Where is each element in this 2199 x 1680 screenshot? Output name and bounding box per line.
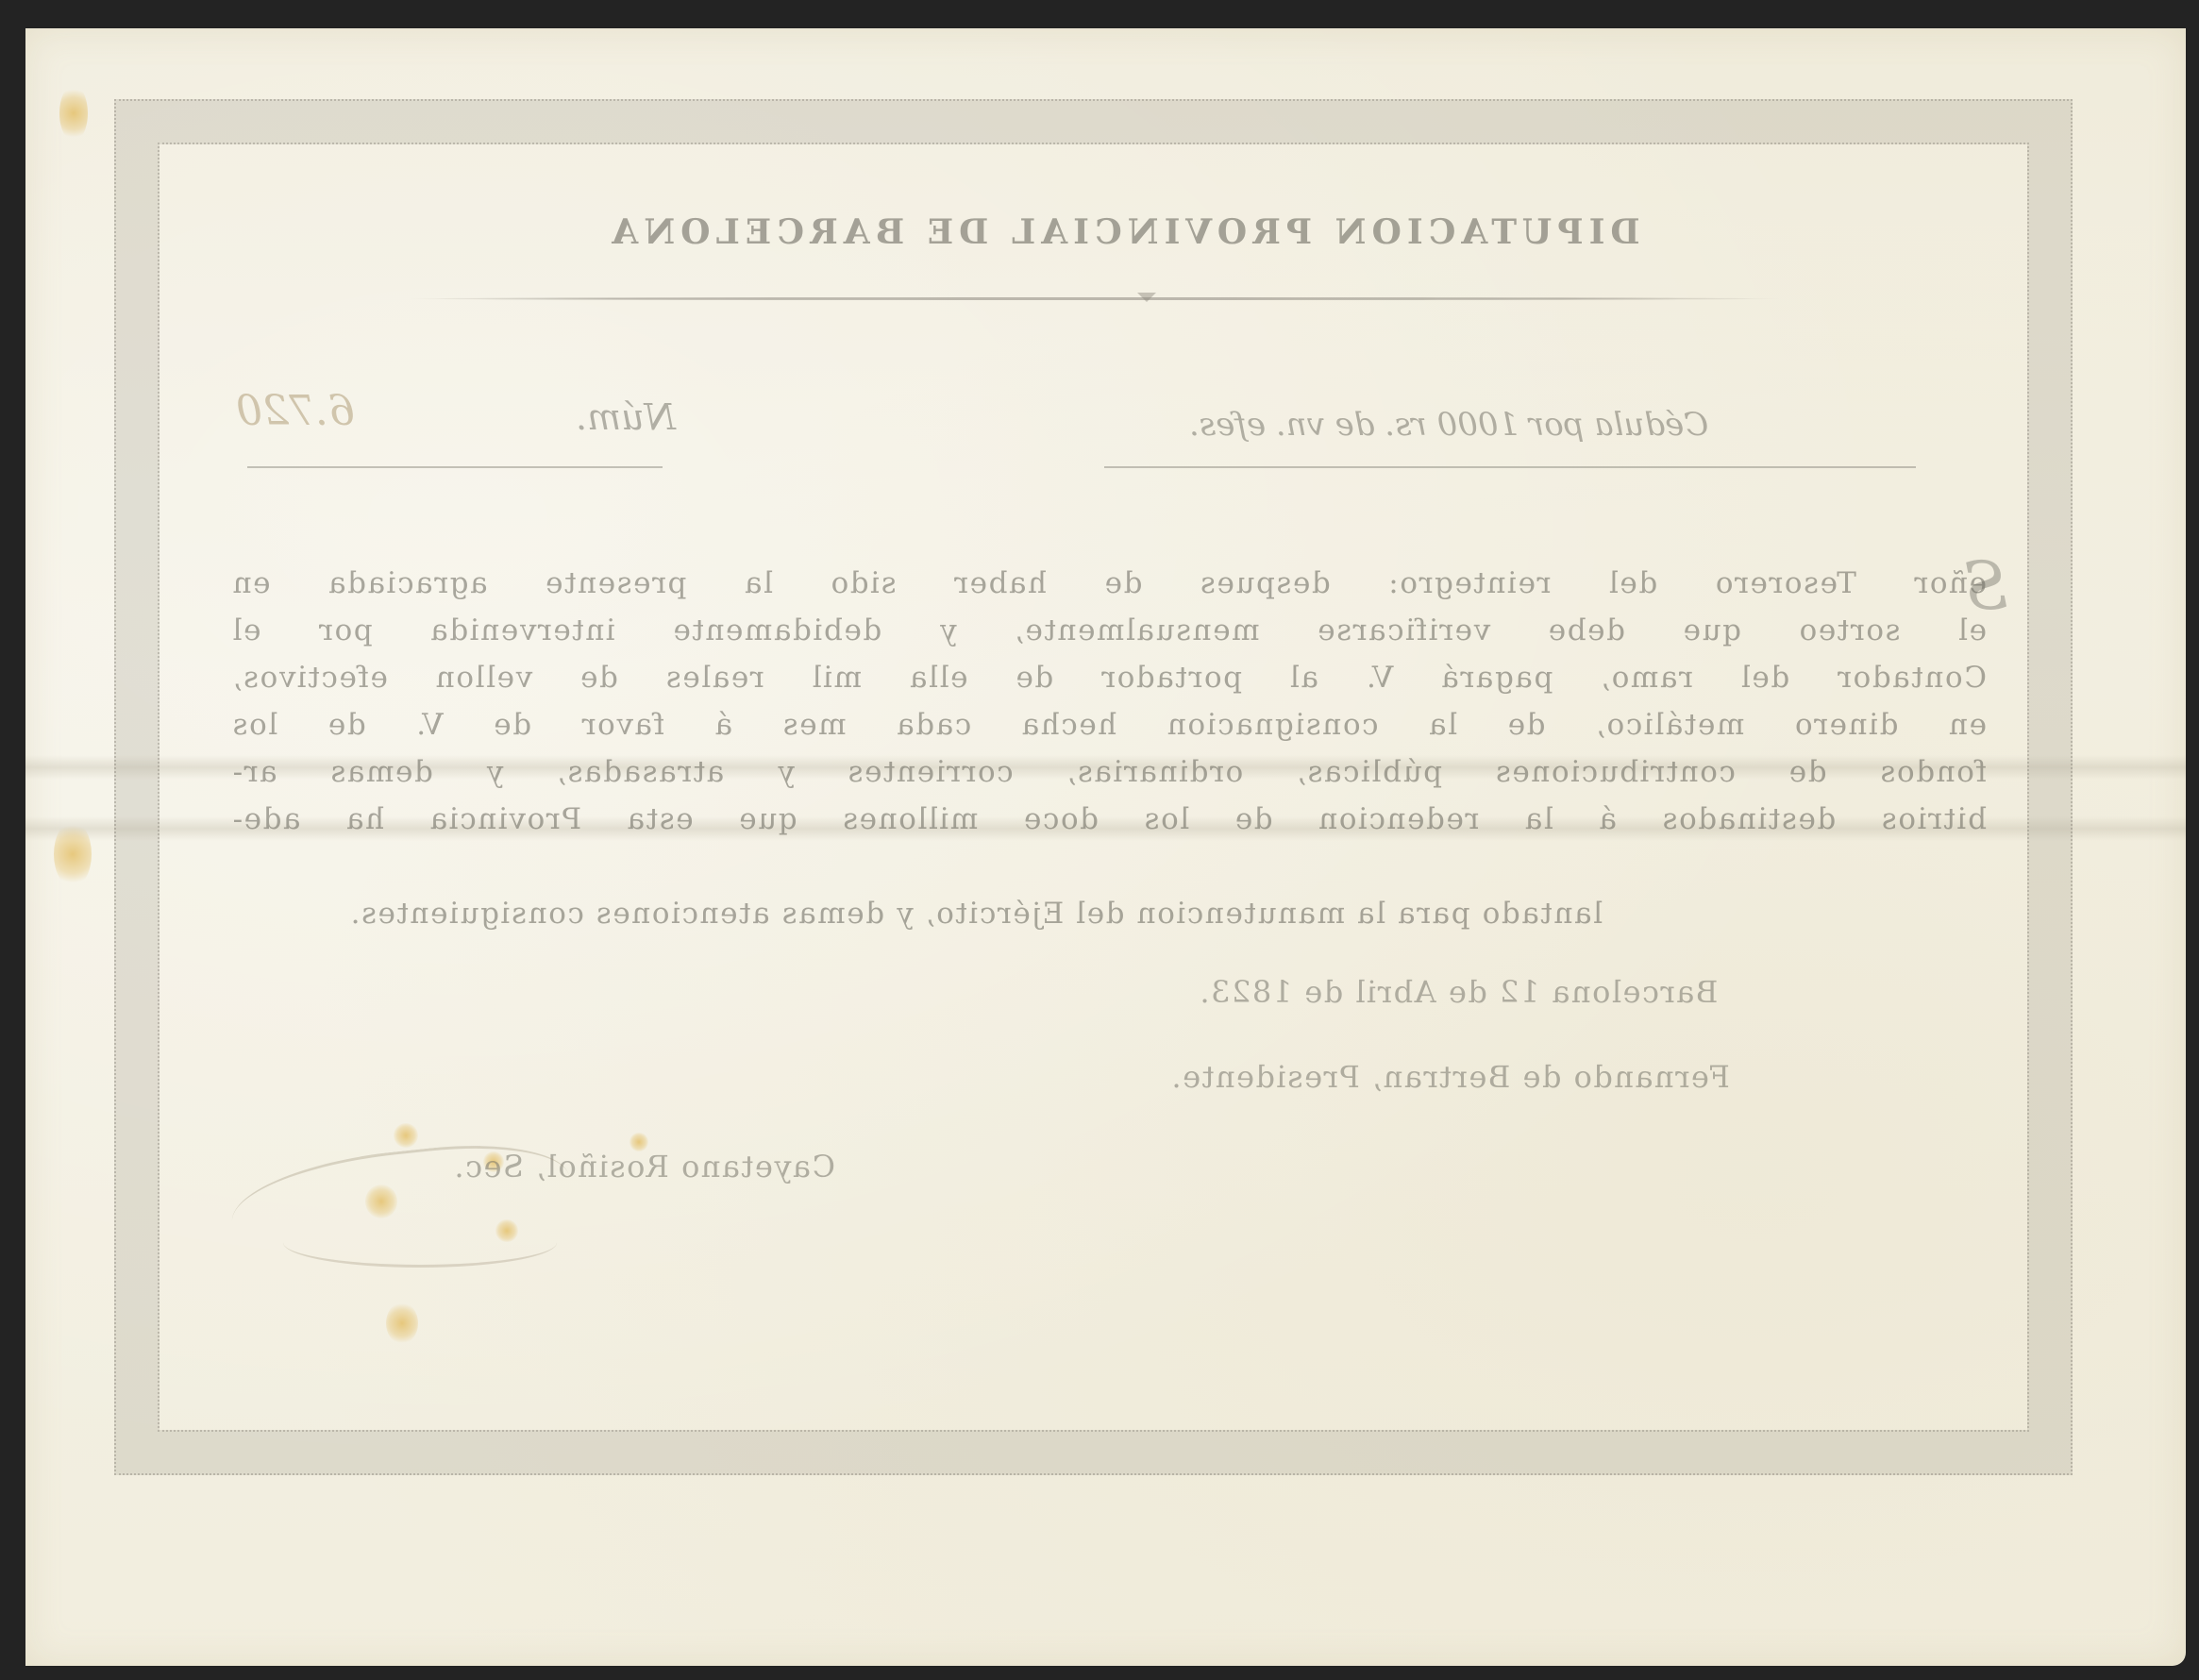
body-text-line: fondos de contribuciones públicas, ordin… [231, 755, 1987, 789]
heading-rule [406, 297, 1784, 300]
cedula-underline [1104, 466, 1916, 468]
foxing-stain [59, 85, 88, 142]
president-signature-line: Fernando de Bertran, Presidente. [1170, 1059, 1730, 1095]
number-label: Núm. [576, 396, 676, 438]
foxing-stain [54, 821, 92, 887]
number-underline [247, 466, 663, 468]
body-text-line: lantado para la manutencion del Ejército… [349, 897, 1987, 931]
document-heading: DIPUTACION PROVINCIAL DE BARCELONA [510, 212, 1737, 252]
body-text-line: el sorteo que debe verificarse mensualme… [231, 613, 1987, 647]
signature-flourish [283, 1218, 557, 1268]
handwritten-number: 6.720 [236, 387, 355, 435]
body-text-line: Contador del ramo, pagará V. al portador… [231, 661, 1987, 695]
body-text-line: eñor Tesorero del reintegro: despues de … [231, 566, 1987, 600]
body-text-line: en dinero metálico, de la consignacion h… [231, 708, 1987, 742]
cedula-amount-line: Cédula por 1000 rs. de vn. efes. [1189, 406, 1708, 444]
heading-rule-ornament [1137, 293, 1156, 302]
body-text-line: bitrios destinados á la redencion de los… [231, 802, 1987, 836]
date-line: Barcelona 12 de Abril de 1823. [1199, 974, 1718, 1010]
